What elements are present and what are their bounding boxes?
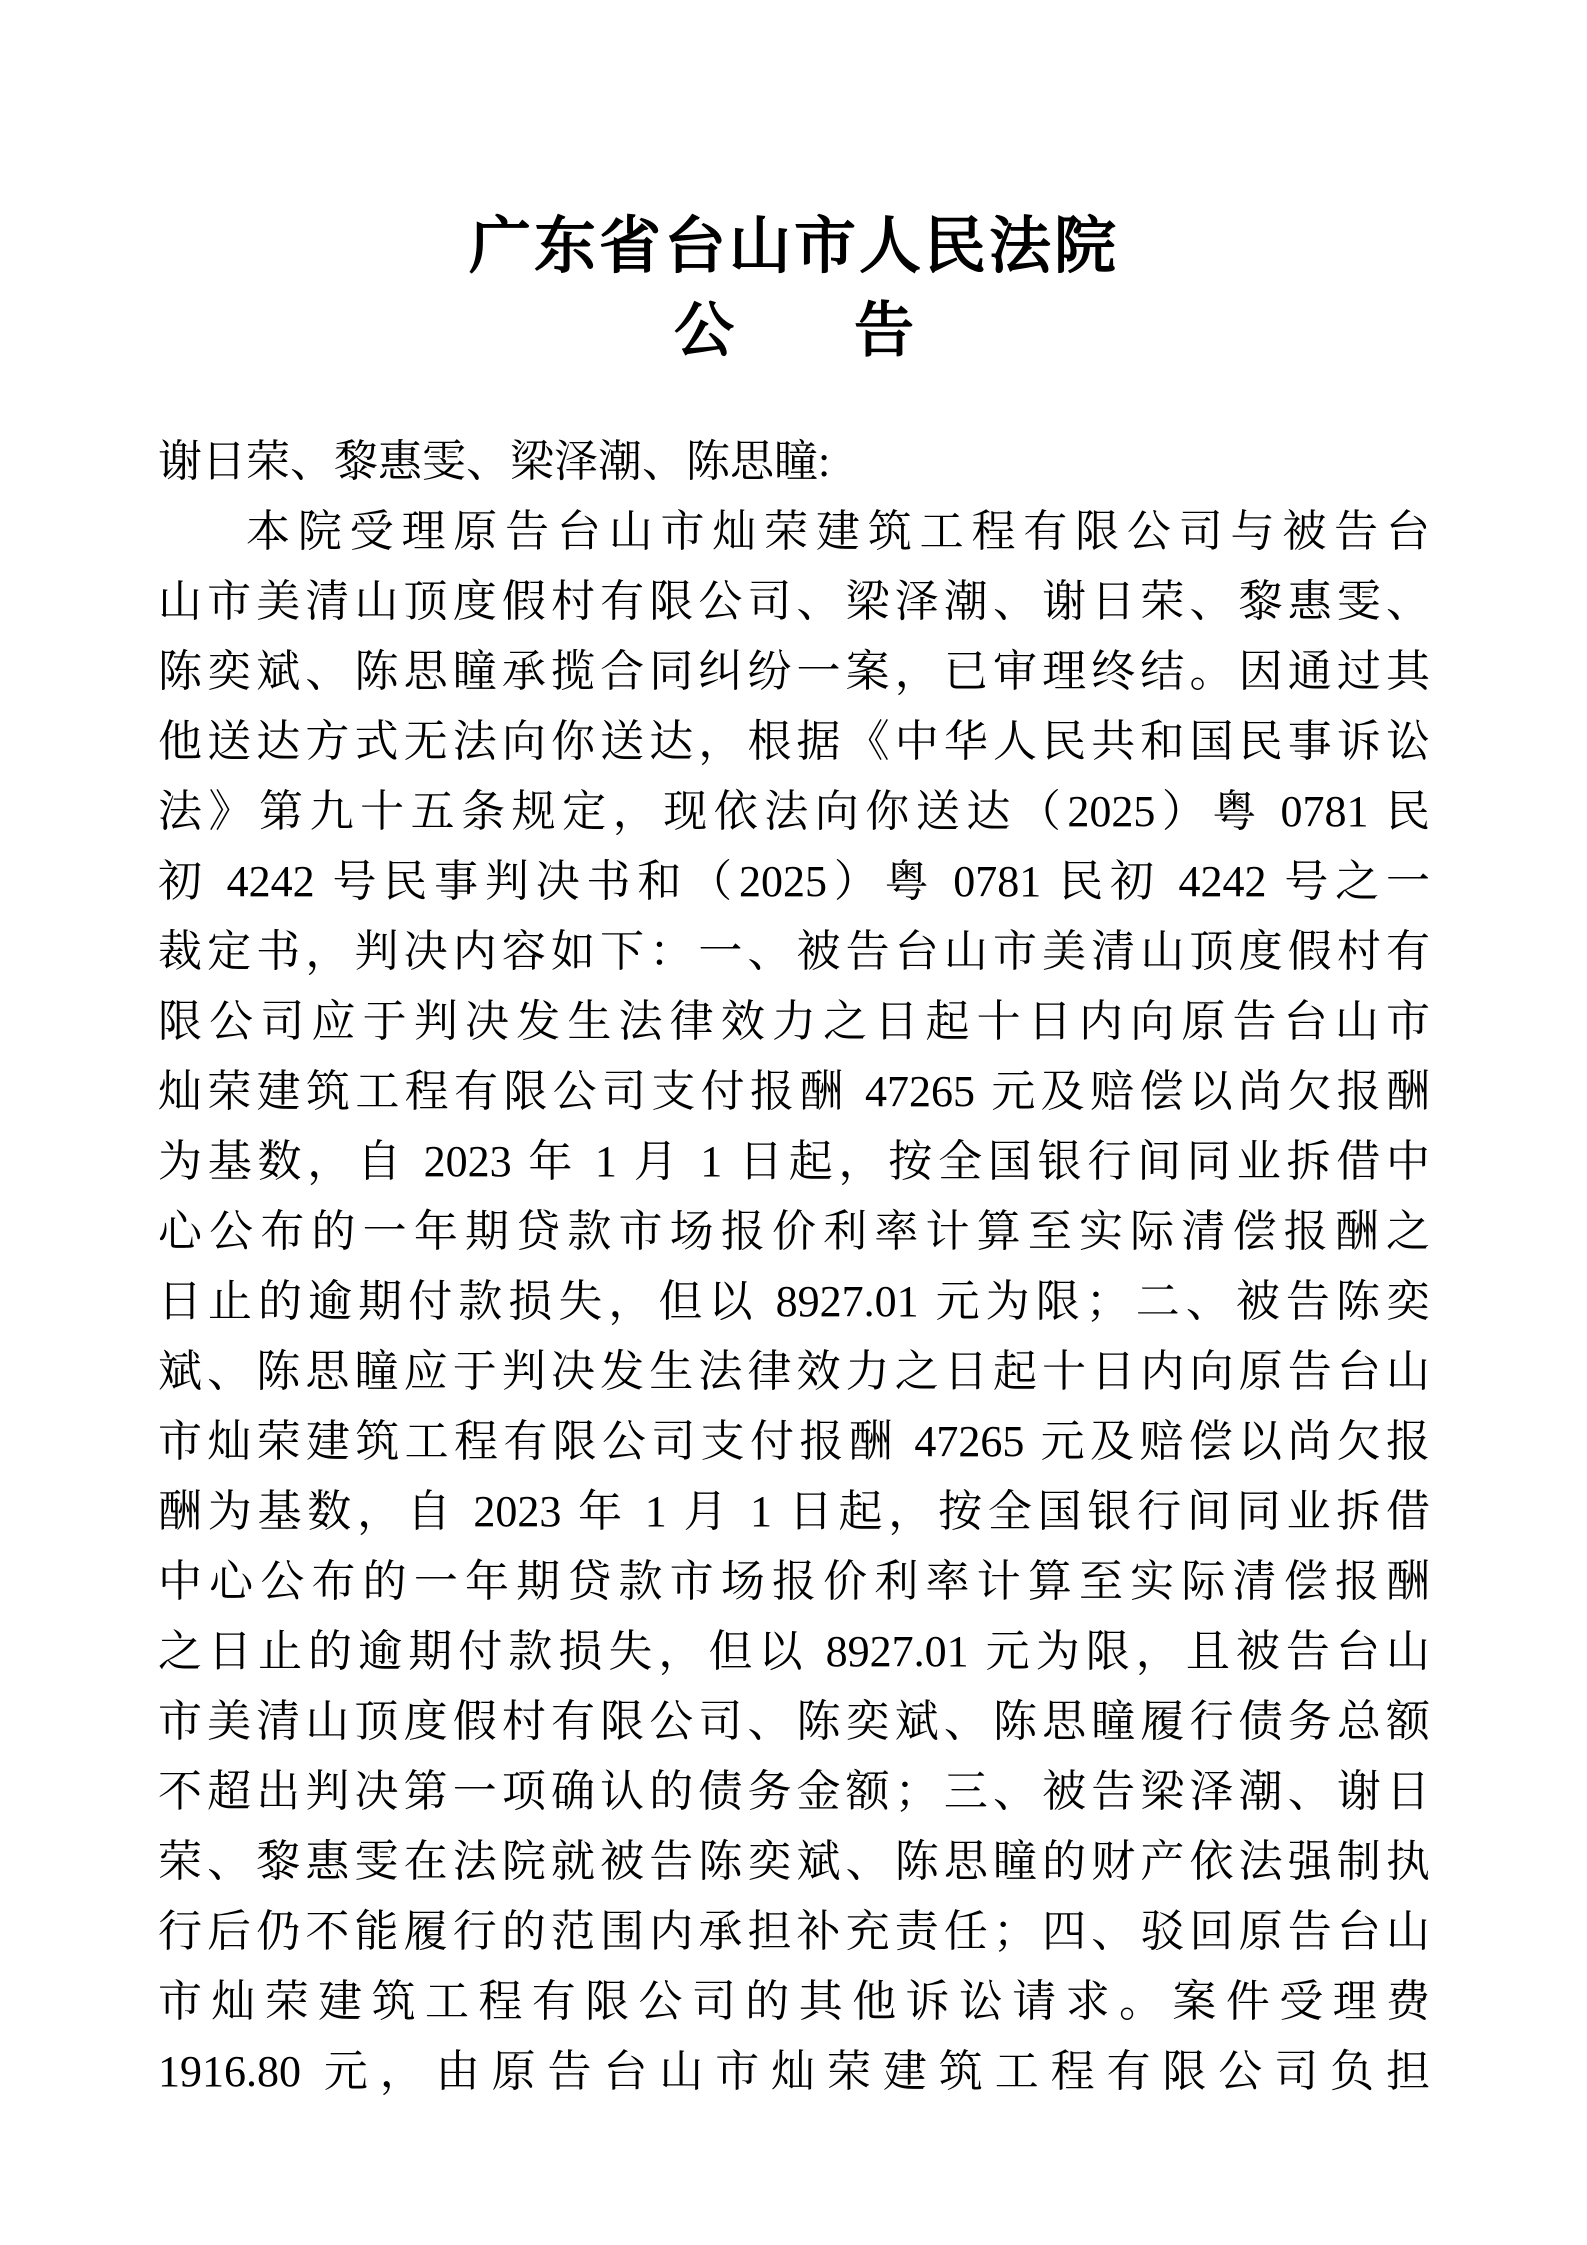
court-name-title: 广东省台山市人民法院 [158, 212, 1430, 283]
body-line: 行后仍不能履行的范围内承担补充责任；四、驳回原告台山 [158, 1897, 1430, 1967]
body-line: 法》第九十五条规定，现依法向你送达（2025）粤 0781 民 [158, 777, 1430, 847]
body-line: 市灿荣建筑工程有限公司的其他诉讼请求。案件受理费 [158, 1967, 1430, 2037]
body-line: 中心公布的一年期贷款市场报价利率计算至实际清偿报酬 [158, 1547, 1430, 1617]
body-line: 日止的逾期付款损失，但以 8927.01 元为限；二、被告陈奕 [158, 1267, 1430, 1337]
body-line: 山市美清山顶度假村有限公司、梁泽潮、谢日荣、黎惠雯、 [158, 567, 1430, 637]
body-line: 市美清山顶度假村有限公司、陈奕斌、陈思瞳履行债务总额 [158, 1687, 1430, 1757]
body-line: 斌、陈思瞳应于判决发生法律效力之日起十日内向原告台山 [158, 1337, 1430, 1407]
body-line: 酬为基数，自 2023 年 1 月 1 日起，按全国银行间同业拆借 [158, 1477, 1430, 1547]
body-line: 本院受理原告台山市灿荣建筑工程有限公司与被告台 [158, 497, 1430, 567]
body-line: 限公司应于判决发生法律效力之日起十日内向原告台山市 [158, 987, 1430, 1057]
body-line: 1916.80 元，由原告台山市灿荣建筑工程有限公司负担 [158, 2037, 1430, 2107]
body-line: 他送达方式无法向你送达，根据《中华人民共和国民事诉讼 [158, 707, 1430, 777]
body-paragraph: 本院受理原告台山市灿荣建筑工程有限公司与被告台山市美清山顶度假村有限公司、梁泽潮… [158, 497, 1430, 2107]
body-line: 市灿荣建筑工程有限公司支付报酬 47265 元及赔偿以尚欠报 [158, 1407, 1430, 1477]
body-line: 之日止的逾期付款损失，但以 8927.01 元为限，且被告台山 [158, 1617, 1430, 1687]
announcement-page: 广东省台山市人民法院 公 告 谢日荣、黎惠雯、梁泽潮、陈思瞳: 本院受理原告台山… [0, 0, 1587, 2245]
body-line: 不超出判决第一项确认的债务金额；三、被告梁泽潮、谢日 [158, 1757, 1430, 1827]
addressee-line: 谢日荣、黎惠雯、梁泽潮、陈思瞳: [158, 427, 1430, 497]
body-line: 为基数，自 2023 年 1 月 1 日起，按全国银行间同业拆借中 [158, 1127, 1430, 1197]
body-line: 荣、黎惠雯在法院就被告陈奕斌、陈思瞳的财产依法强制执 [158, 1827, 1430, 1897]
body-line: 初 4242 号民事判决书和（2025）粤 0781 民初 4242 号之一 [158, 847, 1430, 917]
page-content: 广东省台山市人民法院 公 告 谢日荣、黎惠雯、梁泽潮、陈思瞳: 本院受理原告台山… [0, 0, 1587, 2107]
body-line: 裁定书，判决内容如下：一、被告台山市美清山顶度假村有 [158, 917, 1430, 987]
body-line: 灿荣建筑工程有限公司支付报酬 47265 元及赔偿以尚欠报酬 [158, 1057, 1430, 1127]
body-line: 心公布的一年期贷款市场报价利率计算至实际清偿报酬之 [158, 1197, 1430, 1267]
body-line: 陈奕斌、陈思瞳承揽合同纠纷一案，已审理终结。因通过其 [158, 637, 1430, 707]
announcement-heading: 公 告 [158, 295, 1430, 367]
